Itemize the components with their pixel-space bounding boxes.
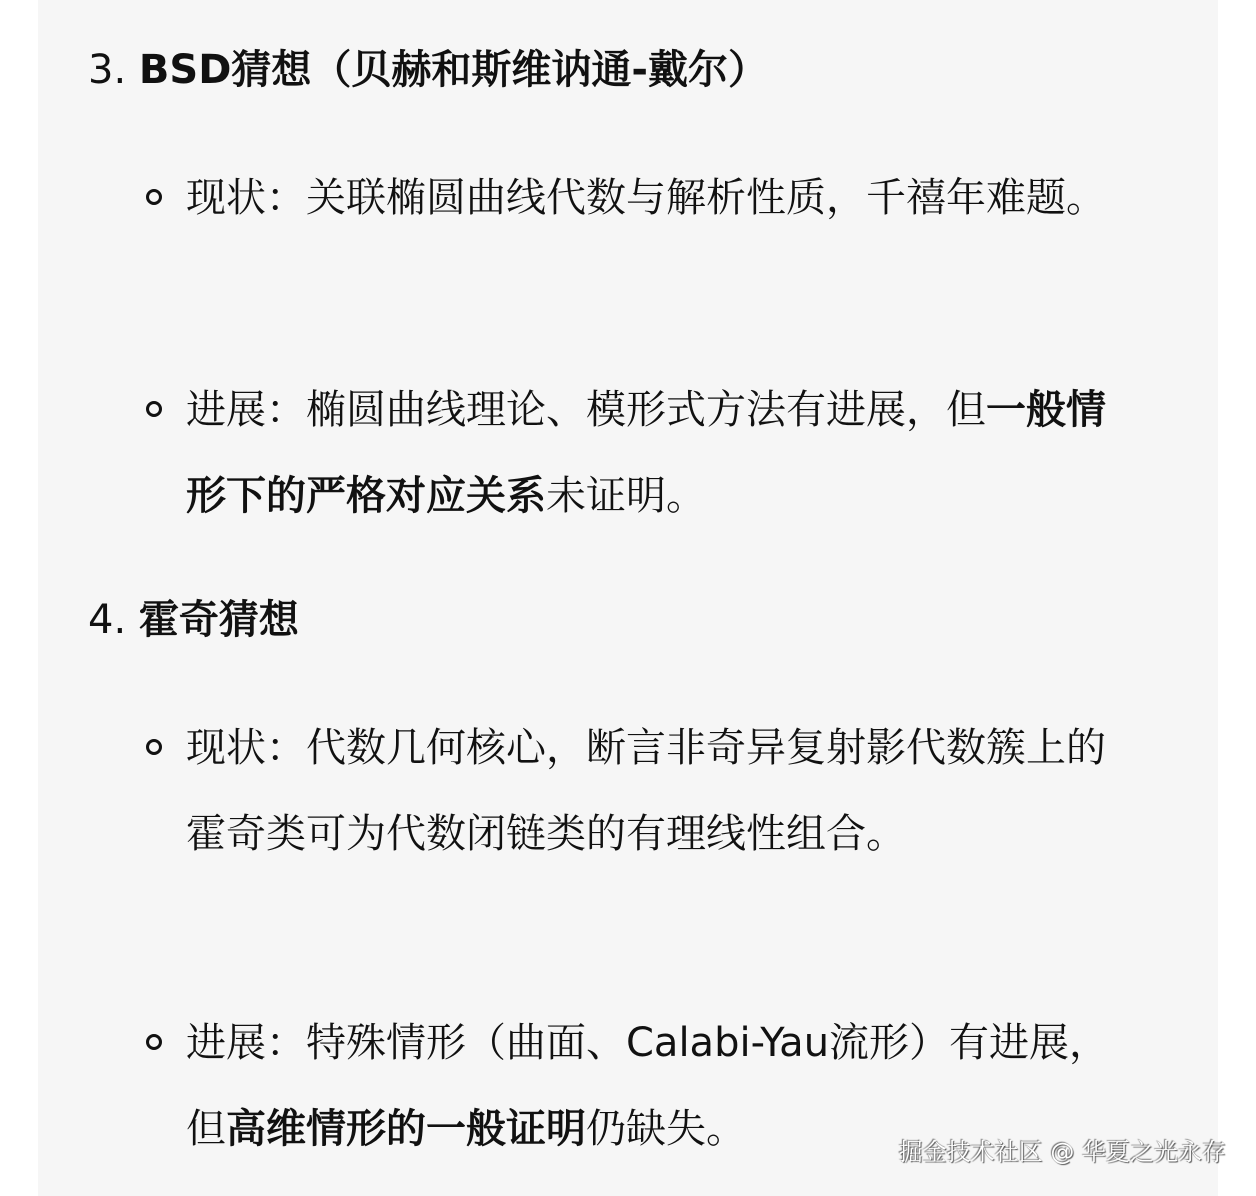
hollow-circle-bullet-icon bbox=[146, 1034, 162, 1050]
item-body: 椭圆曲线理论、模形式方法有进展，但 bbox=[306, 387, 986, 433]
section-title: 霍奇猜想 bbox=[139, 597, 299, 643]
item-text: 进展：椭圆曲线理论、模形式方法有进展，但一般情形下的严格对应关系未证明。 bbox=[186, 367, 1136, 539]
section-title: BSD猜想（贝赫和斯维讷通-戴尔） bbox=[139, 47, 768, 93]
item-body: 代数几何核心，断言非奇异复射影代数簇上的霍奇类可为代数闭链类的有理线性组合。 bbox=[186, 725, 1106, 857]
item-body-emphasis: 高维情形的一般证明 bbox=[226, 1106, 586, 1152]
list-item-progress: 进展：椭圆曲线理论、模形式方法有进展，但一般情形下的严格对应关系未证明。 bbox=[146, 367, 1136, 539]
item-label: 进展： bbox=[186, 1020, 306, 1066]
section-heading-4: 4. 霍奇猜想 bbox=[88, 592, 299, 648]
item-body: 仍缺失。 bbox=[586, 1106, 746, 1152]
hollow-circle-bullet-icon bbox=[146, 189, 162, 205]
item-text: 现状：代数几何核心，断言非奇异复射影代数簇上的霍奇类可为代数闭链类的有理线性组合… bbox=[186, 705, 1136, 877]
section-number: 3. bbox=[88, 47, 126, 93]
item-label: 现状： bbox=[186, 725, 306, 771]
item-body: 未证明。 bbox=[546, 473, 706, 519]
item-body: 关联椭圆曲线代数与解析性质，千禧年难题。 bbox=[306, 175, 1106, 221]
section-heading-3: 3. BSD猜想（贝赫和斯维讷通-戴尔） bbox=[88, 42, 768, 98]
item-text: 现状：关联椭圆曲线代数与解析性质，千禧年难题。 bbox=[186, 155, 1136, 241]
list-item-status: 现状：关联椭圆曲线代数与解析性质，千禧年难题。 bbox=[146, 155, 1136, 241]
hollow-circle-bullet-icon bbox=[146, 739, 162, 755]
item-label: 进展： bbox=[186, 387, 306, 433]
item-label: 现状： bbox=[186, 175, 306, 221]
section-number: 4. bbox=[88, 597, 126, 643]
list-item-status: 现状：代数几何核心，断言非奇异复射影代数簇上的霍奇类可为代数闭链类的有理线性组合… bbox=[146, 705, 1136, 877]
hollow-circle-bullet-icon bbox=[146, 401, 162, 417]
watermark: 掘金技术社区 @ 华夏之光永存 bbox=[899, 1136, 1226, 1168]
